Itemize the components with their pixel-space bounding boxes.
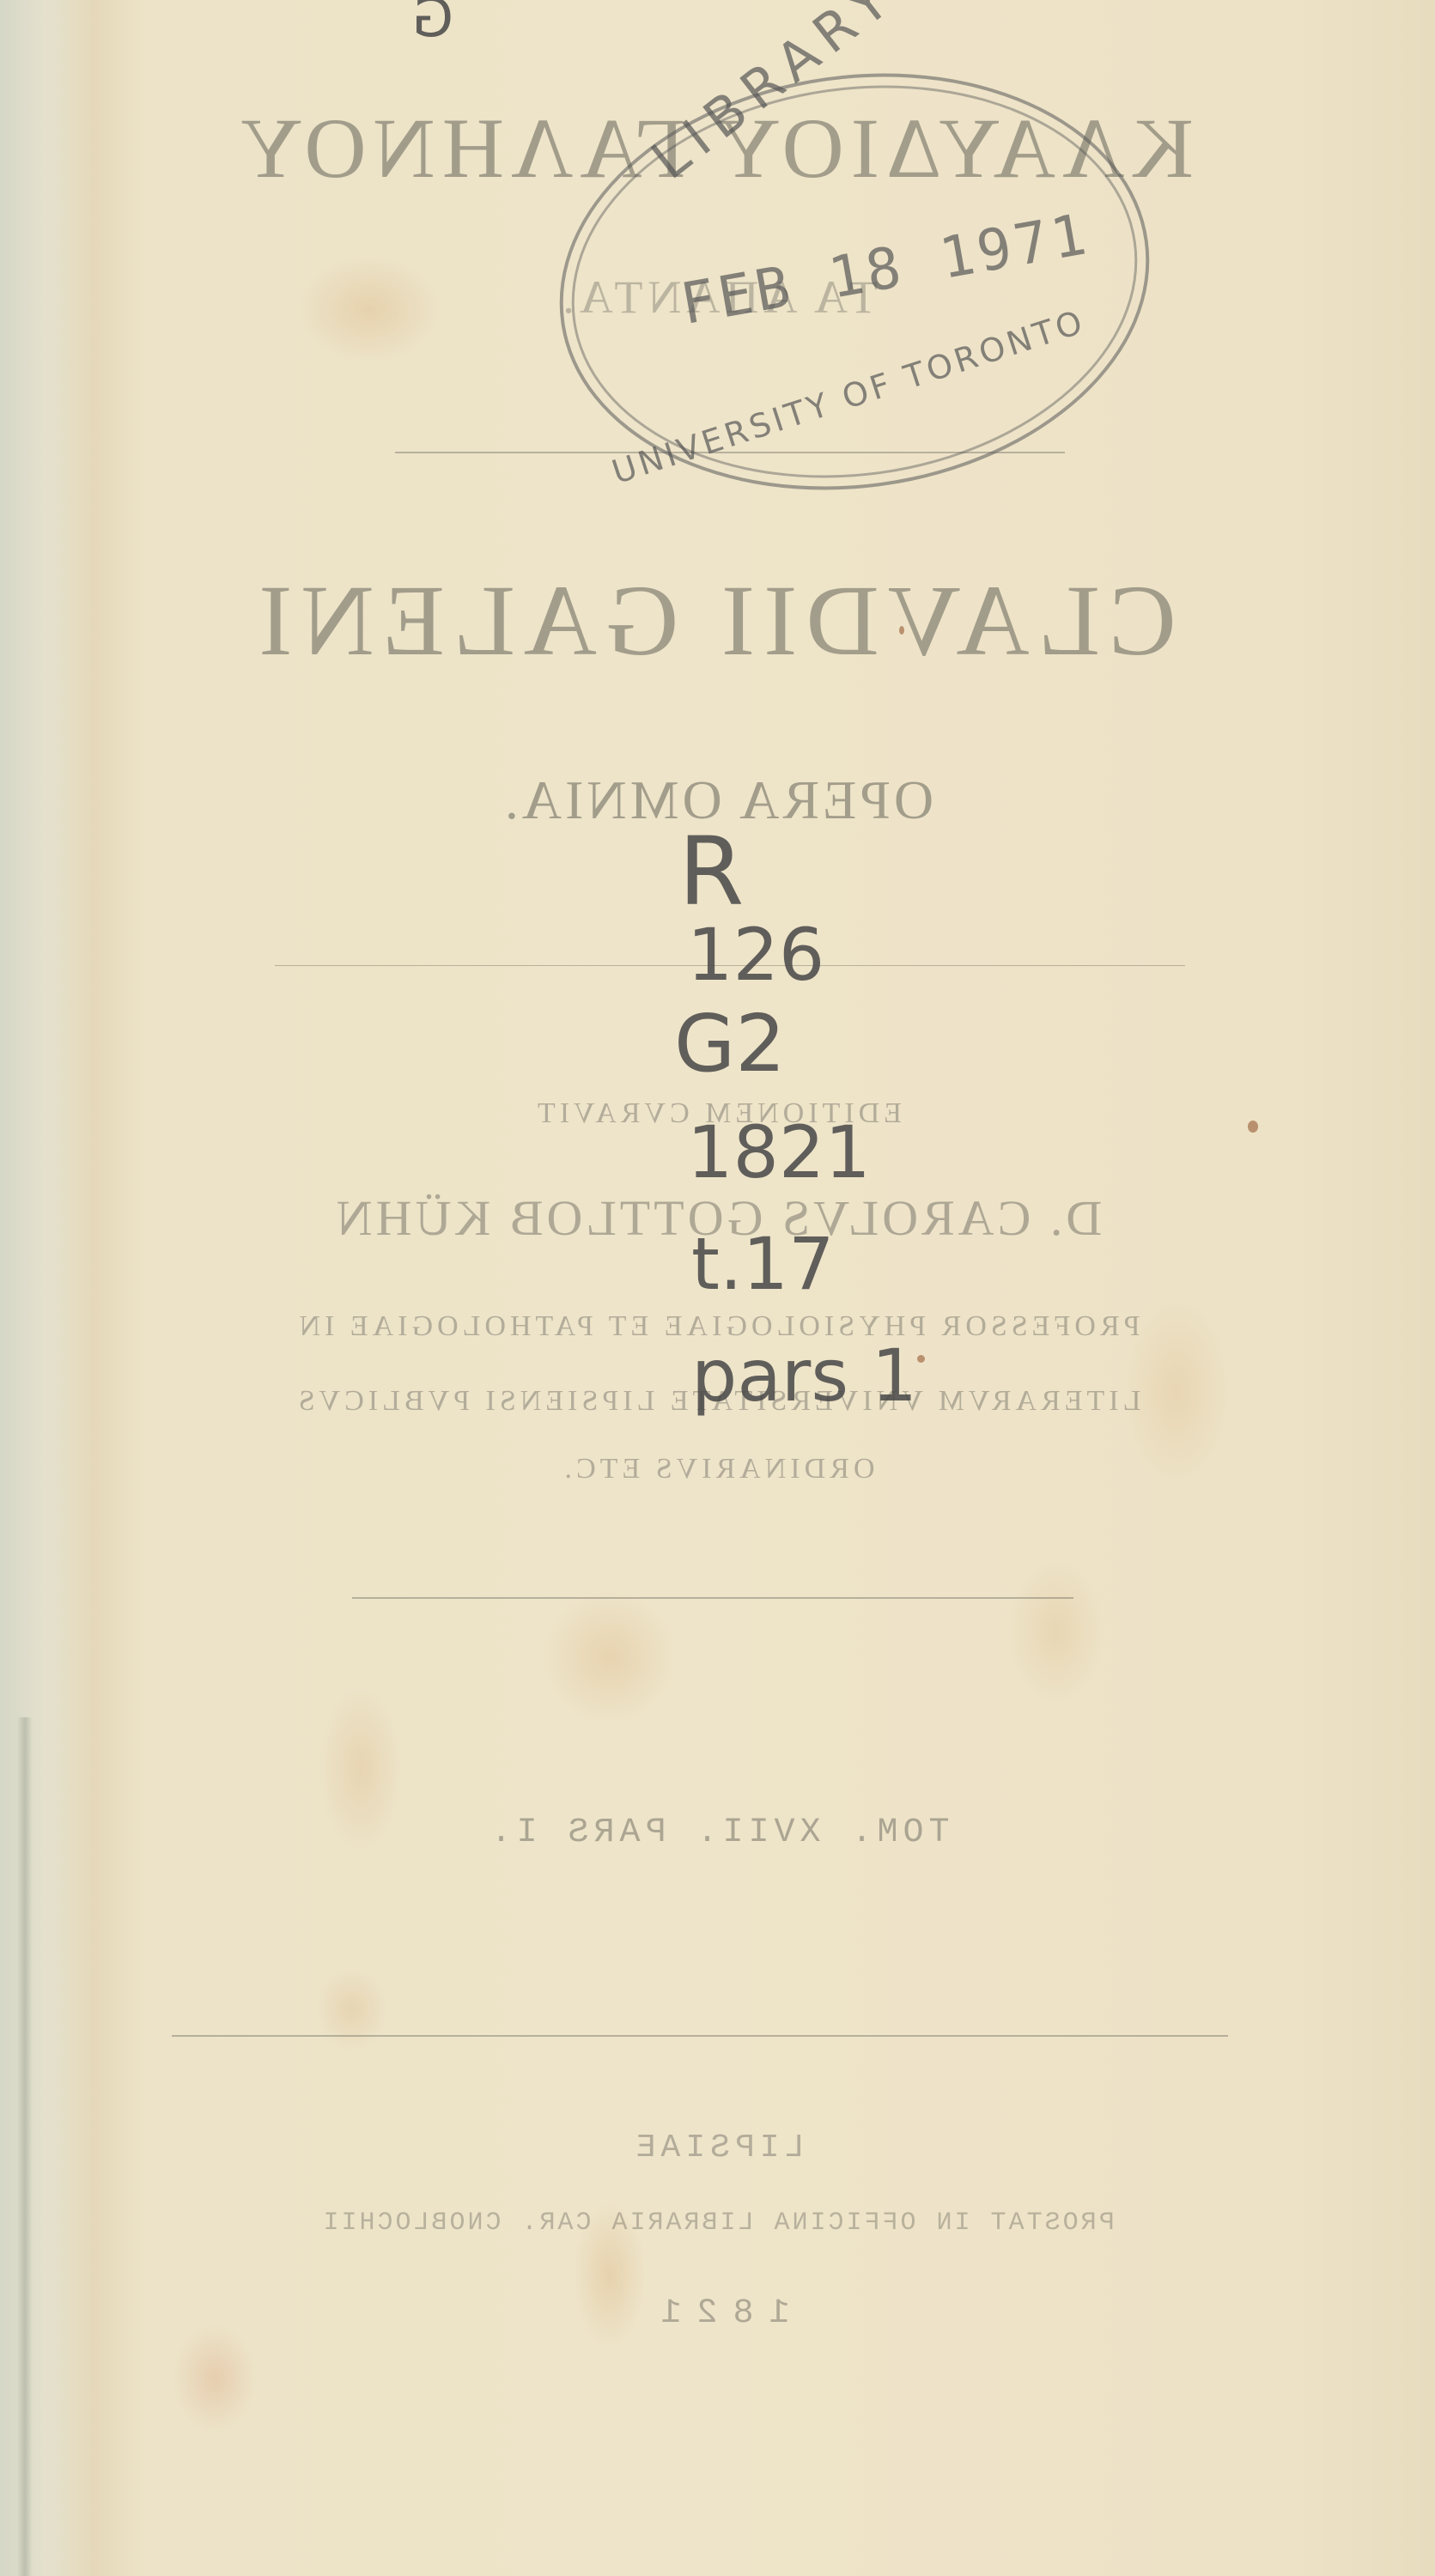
call-number-line-2: 126 [687,919,824,991]
bleed-editor-title-3: ORDINARIVS ETC. [0,1453,1435,1485]
bleed-volume: TOM. XVII. PARS I. [0,1814,1435,1852]
call-number-line-6: pars 1 [691,1340,917,1412]
foxing-spot [917,1355,925,1363]
call-number-line-5: t.17 [691,1228,835,1300]
bleed-year: 1821 [0,2294,1435,2333]
bleed-publisher: PROSTAT IN OFFICINA LIBRARIA CAR. CNOBLO… [0,2208,1435,2238]
foxing-spot [1248,1121,1258,1133]
scanned-page: G ΚΛΑΥΔΙΟΥ ΓΑΛΗΝΟΥ ΤΑ ΑΠΑΝΤΑ. CLAVDII GA… [0,0,1435,2576]
call-number-line-1: R [678,824,744,919]
call-number-line-3: G2 [674,1005,786,1084]
bleed-latin-title: CLAVDII GALENI [0,562,1431,679]
foxing-spot [899,626,904,635]
corner-pencil-mark: G [412,0,453,45]
bleed-city: LIPSIAE [0,2129,1435,2166]
call-number-line-4: 1821 [687,1116,871,1188]
rule-4 [172,2035,1228,2037]
rule-3 [352,1597,1073,1599]
